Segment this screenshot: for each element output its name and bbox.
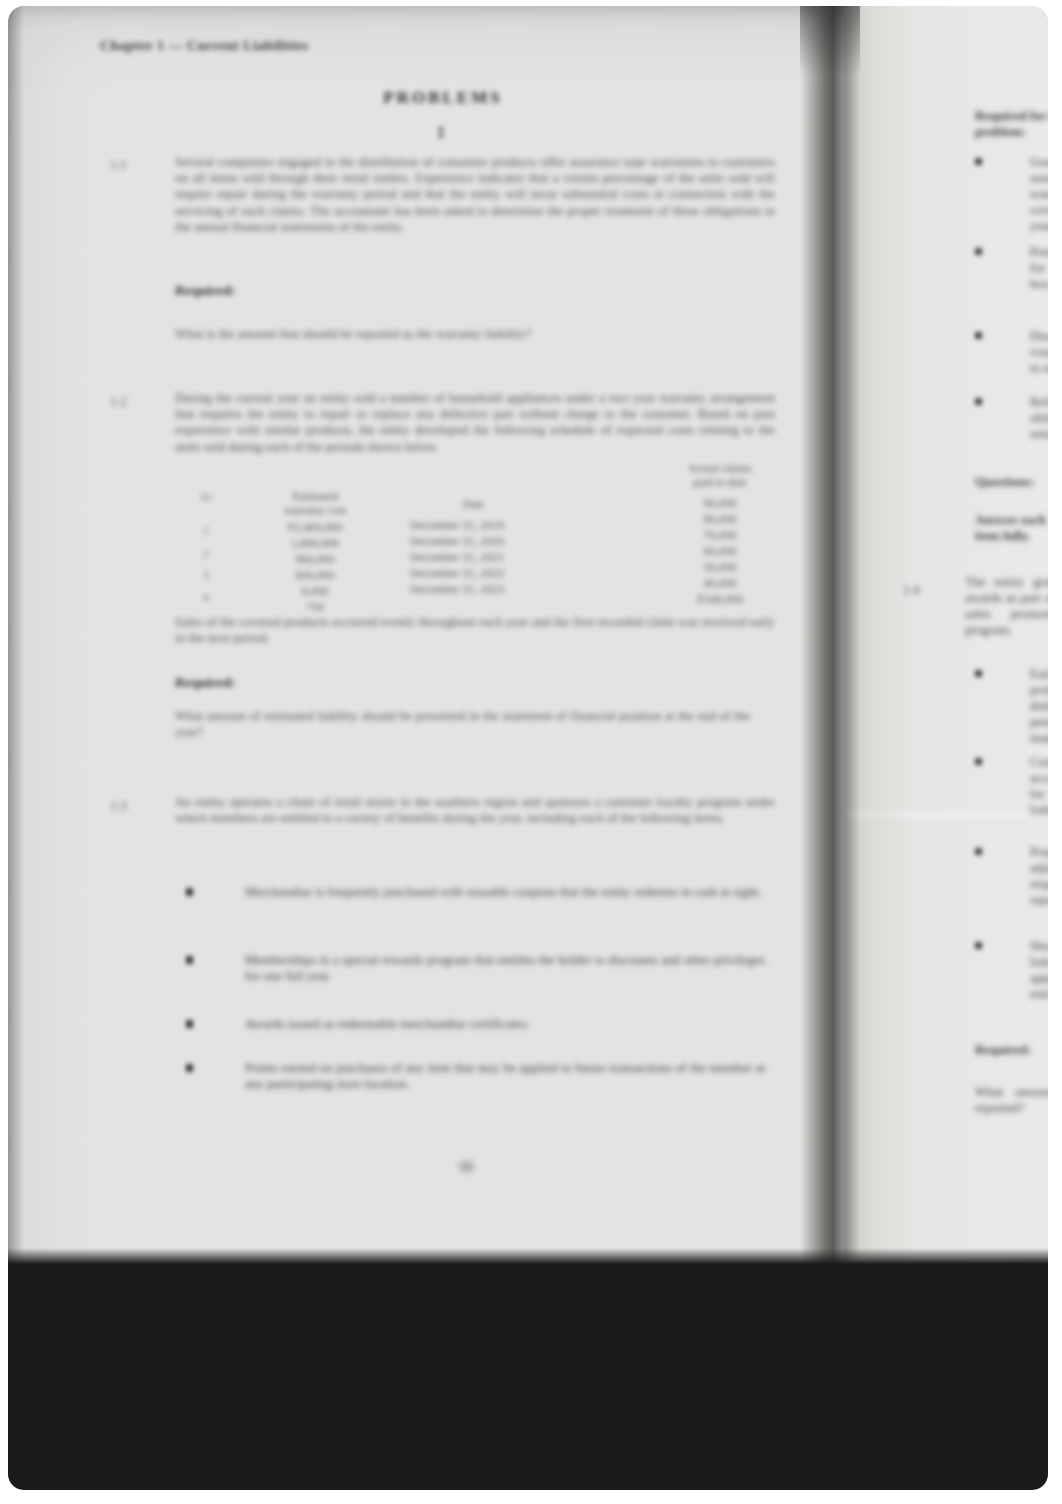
table-cell: 80,000 (674, 512, 766, 526)
bullet-marker-icon (975, 942, 982, 949)
facing-heading-2: Answer each item fully. (975, 512, 1048, 543)
bullet-text: Memberships in a special rewards program… (245, 952, 765, 984)
book-photo: Chapter 1 — Current Liabilities PROBLEMS… (8, 6, 1048, 1490)
table-cell: P240,000 (674, 592, 766, 606)
facing-problem-number: 1-4 (903, 583, 920, 598)
page-title: PROBLEMS (368, 88, 518, 108)
table-cell: December 31, 2022 (410, 566, 545, 580)
bullet-marker-icon (186, 888, 193, 896)
book-spine-gutter (800, 6, 860, 1268)
bullet-text: Discount vouchers issued to member firms… (1030, 328, 1048, 376)
table-cell: 70,000 (674, 528, 766, 542)
bullet-marker-icon (186, 1064, 193, 1072)
book-spine-gutter-top-shadow (800, 6, 860, 76)
table-cell: December 31, 2023 (410, 582, 545, 596)
table-col4-header-2: paid to date (674, 476, 766, 490)
page-number: 16 (442, 1160, 490, 1176)
table-cell: 9,000 (254, 584, 376, 598)
facing-heading-3: Required: (975, 1042, 1048, 1058)
table-cell: December 31, 2021 (410, 550, 545, 564)
table-col1-header: Yr (192, 492, 220, 506)
table-cell: 4 (192, 591, 220, 605)
bullet-marker-icon (975, 158, 982, 165)
table-cell: December 31, 2020 (410, 534, 545, 548)
bullet-marker-icon (975, 248, 982, 255)
table-cell: P2,400,000 (254, 520, 376, 534)
bullet-marker-icon (975, 670, 982, 677)
problem-1-number: 1-1 (110, 158, 127, 173)
bullet-marker-icon (186, 956, 193, 964)
bullet-text: Refund obligations for returned products… (1030, 394, 1048, 442)
problem-1-required-label: Required: (175, 284, 235, 300)
facing-heading-1: Questions: (975, 474, 1048, 490)
bullet-marker-icon (186, 1020, 193, 1028)
table-col4-header-1: Actual claims (674, 462, 766, 476)
table-cell: 60,000 (674, 544, 766, 558)
left-page-edge-shadow (8, 6, 24, 1264)
bullet-marker-icon (975, 332, 982, 339)
bullet-text: Estimate the probable disbursements for … (1030, 666, 1048, 746)
table-cell: 3 (192, 569, 220, 583)
table-cell: 40,000 (674, 576, 766, 590)
bullet-text: Awards issued as redeemable merchandise … (245, 1016, 605, 1032)
bullet-text: Goods sold with assurance warranty cover… (1030, 154, 1048, 234)
table-cell: 50,000 (674, 560, 766, 574)
table-cell: 600,000 (254, 568, 376, 582)
bullet-text: Prepare the adjusting entries required a… (1030, 844, 1048, 908)
running-head: Chapter 1 — Current Liabilities (100, 39, 309, 55)
table-col3-header: Date (406, 498, 541, 512)
bullet-marker-icon (975, 398, 982, 405)
bullet-text: Merchandise is frequently purchased with… (245, 884, 765, 900)
bullet-text: Premiums offered for coupons and box top… (1030, 244, 1048, 292)
table-cell: December 31, 2019 (410, 518, 545, 532)
table-col2-header-1: Estimated (254, 490, 376, 504)
table-cell: 90,000 (674, 496, 766, 510)
scan-background-strip (8, 1248, 1048, 1490)
bullet-text: Points earned on purchases of any item t… (245, 1060, 765, 1092)
table-cell: 1,800,000 (254, 536, 376, 550)
bullet-text: Show how the liability balances appear i… (1030, 938, 1048, 1002)
table-col2-header-2: warranty cost (254, 504, 376, 518)
facing-page: Required for this problem: Goods sold wi… (844, 6, 1048, 1258)
facing-closing-text: What amount is reported? (975, 1084, 1048, 1116)
table-cell: 750 (254, 600, 376, 614)
table-cell: 2 (192, 547, 220, 561)
problem-2-number: 1-2 (110, 395, 127, 410)
table-cell: 960,000 (254, 552, 376, 566)
problem-1-body: Several companies engaged in the distrib… (175, 154, 775, 235)
table-cell: 1 (192, 524, 220, 538)
problem-3-number: 1-3 (110, 799, 127, 814)
problem-2-required-label: Required: (175, 676, 235, 692)
bullet-marker-icon (975, 758, 982, 765)
problem-3-body: An entity operates a chain of retail sto… (175, 794, 775, 826)
facing-intro-line: Required for this problem: (975, 108, 1048, 139)
facing-problem-body: The entity grants awards as part of a sa… (965, 574, 1048, 638)
scanned-page-photo-canvas: Chapter 1 — Current Liabilities PROBLEMS… (0, 0, 1062, 1504)
problem-2-question: What amount of estimated liability shoul… (175, 708, 750, 740)
problem-2-body: During the current year an entity sold a… (175, 390, 775, 455)
problem-2-note: Sales of the covered products occurred e… (175, 614, 775, 646)
bullet-marker-icon (975, 848, 982, 855)
problem-1-question: What is the amount that should be report… (175, 326, 531, 342)
bullet-text: Compute the accrual required for the pre… (1030, 754, 1048, 818)
small-smudge (438, 126, 444, 139)
